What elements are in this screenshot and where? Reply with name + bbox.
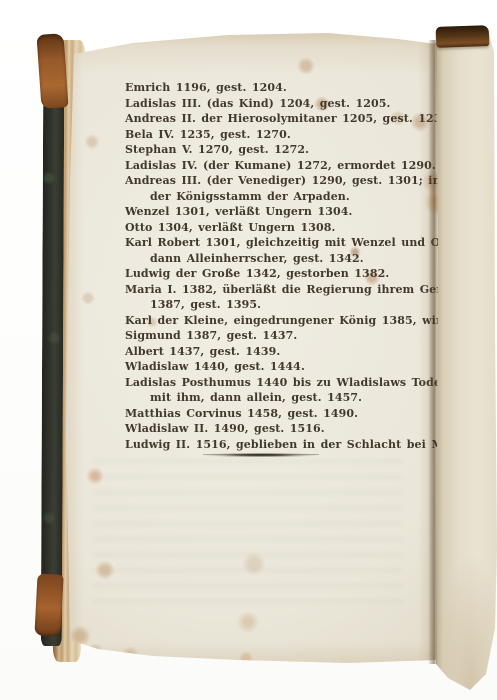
entry-line: Ladislas Posthumus 1440 bis zu Wladislaw… [125, 375, 430, 391]
entry-line: Ladislas III. (das Kind) 1204, gest. 120… [125, 96, 430, 112]
entry-line: mit ihm, dann allein, gest. 1457. [125, 390, 430, 406]
entry-line: Ludwig II. 1516, geblieben in der Schlac… [125, 437, 430, 453]
photo-backdrop: Emrich 1196, gest. 1204.Ladislas III. (d… [0, 0, 497, 700]
king-list: Emrich 1196, gest. 1204.Ladislas III. (d… [125, 80, 430, 452]
spine-leather-top [36, 33, 68, 109]
entry-line: Andreas II. der Hierosolymitaner 1205, g… [125, 111, 430, 127]
entry-line: Maria I. 1382, überläßt die Regierung ih… [125, 282, 430, 298]
entry-line: Wladislaw 1440, gest. 1444. [125, 359, 430, 375]
entry-line: Stephan V. 1270, gest. 1272. [125, 142, 430, 158]
entry-line: Albert 1437, gest. 1439. [125, 344, 430, 360]
entry-line: Otto 1304, verläßt Ungern 1308. [125, 220, 430, 236]
entry-line: Karl der Kleine, eingedrungener König 13… [125, 313, 430, 329]
cover-edge [41, 98, 64, 646]
entry-line: 1387, gest. 1395. [125, 297, 430, 313]
entry-line: Ludwig der Große 1342, gestorben 1382. [125, 266, 430, 282]
entry-line: Karl Robert 1301, gleichzeitig mit Wenze… [125, 235, 430, 251]
entry-line: Emrich 1196, gest. 1204. [125, 80, 430, 96]
entry-line: Wenzel 1301, verläßt Ungern 1304. [125, 204, 430, 220]
ghost-text [93, 460, 403, 610]
book-page: Emrich 1196, gest. 1204.Ladislas III. (d… [58, 30, 440, 668]
gutter-crease [428, 40, 437, 664]
entry-line: der Königsstamm der Arpaden. [125, 189, 430, 205]
entry-line: Sigmund 1387, gest. 1437. [125, 328, 430, 344]
entry-line: dann Alleinherrscher, gest. 1342. [125, 251, 430, 267]
spine-leather-bottom [34, 573, 63, 636]
entry-line: Ladislas IV. (der Kumane) 1272, ermordet… [125, 158, 430, 174]
divider-rule [203, 453, 319, 457]
facing-page [434, 28, 497, 692]
entry-line: Bela IV. 1235, gest. 1270. [125, 127, 430, 143]
entry-line: Wladislaw II. 1490, gest. 1516. [125, 421, 430, 437]
headband [436, 25, 490, 48]
entry-line: Andreas III. (der Venediger) 1290, gest.… [125, 173, 430, 189]
entry-line: Matthias Corvinus 1458, gest. 1490. [125, 406, 430, 422]
